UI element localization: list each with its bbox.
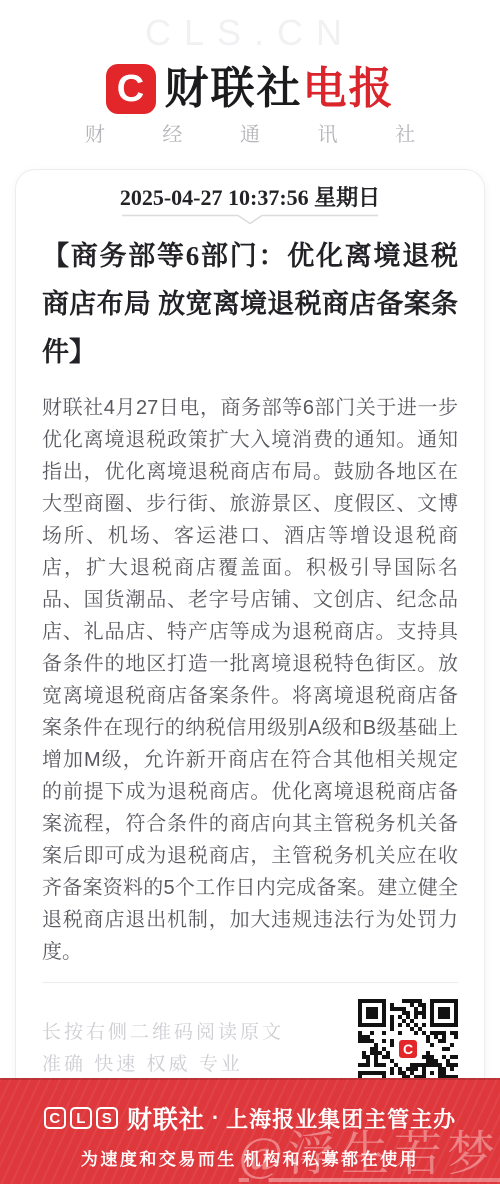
brand-logo: C 财联社电报 [0,64,500,114]
cls-box-s: S [96,1107,118,1129]
brand-name: 财联社 [165,64,303,113]
news-card: 2025-04-27 10:37:56 星期日 【商务部等6部门：优化离境退税商… [15,169,485,1118]
cls-box-l: L [70,1107,92,1129]
cls-letter-boxes: C L S [44,1107,118,1129]
qr-hint-line1: 长按右侧二维码阅读原文 [42,1017,284,1049]
cls-logo-icon: C [106,64,156,114]
qr-hint-text: 长按右侧二维码阅读原文 准确 快速 权威 专业 [42,1017,284,1081]
brand-title: 财联社电报 [165,64,395,114]
cls-box-c: C [44,1107,66,1129]
brand-subtitle: 财 经 通 讯 社 [0,123,500,147]
article-title: 【商务部等6部门：优化离境退税商店布局 放宽离境退税商店备案条件】 [42,232,458,376]
site-watermark: CLS.CN [0,12,500,54]
brand-telegraph: 电报 [303,64,395,113]
footer-separator-dot: · [212,1105,219,1131]
qr-hint-line2: 准确 快速 权威 专业 [42,1049,284,1081]
footer-brand-name: 财联社 [127,1100,205,1136]
masthead: CLS.CN C 财联社电报 财 经 通 讯 社 [0,0,500,147]
publish-datetime: 2025-04-27 10:37:56 星期日 [42,184,458,212]
card-divider [42,982,458,983]
article-body: 财联社4月27日电，商务部等6部门关于进一步优化离境退税政策扩大入境消费的通知。… [42,392,458,968]
publisher-footer: C L S 财联社 · 上海报业集团主管主办 为速度和交易而生 机构和私募都在使… [0,1078,500,1184]
user-watermark: @浮生若梦 [239,1129,500,1182]
qr-center-logo-icon: C [397,1038,419,1060]
date-divider-notch [122,214,378,226]
